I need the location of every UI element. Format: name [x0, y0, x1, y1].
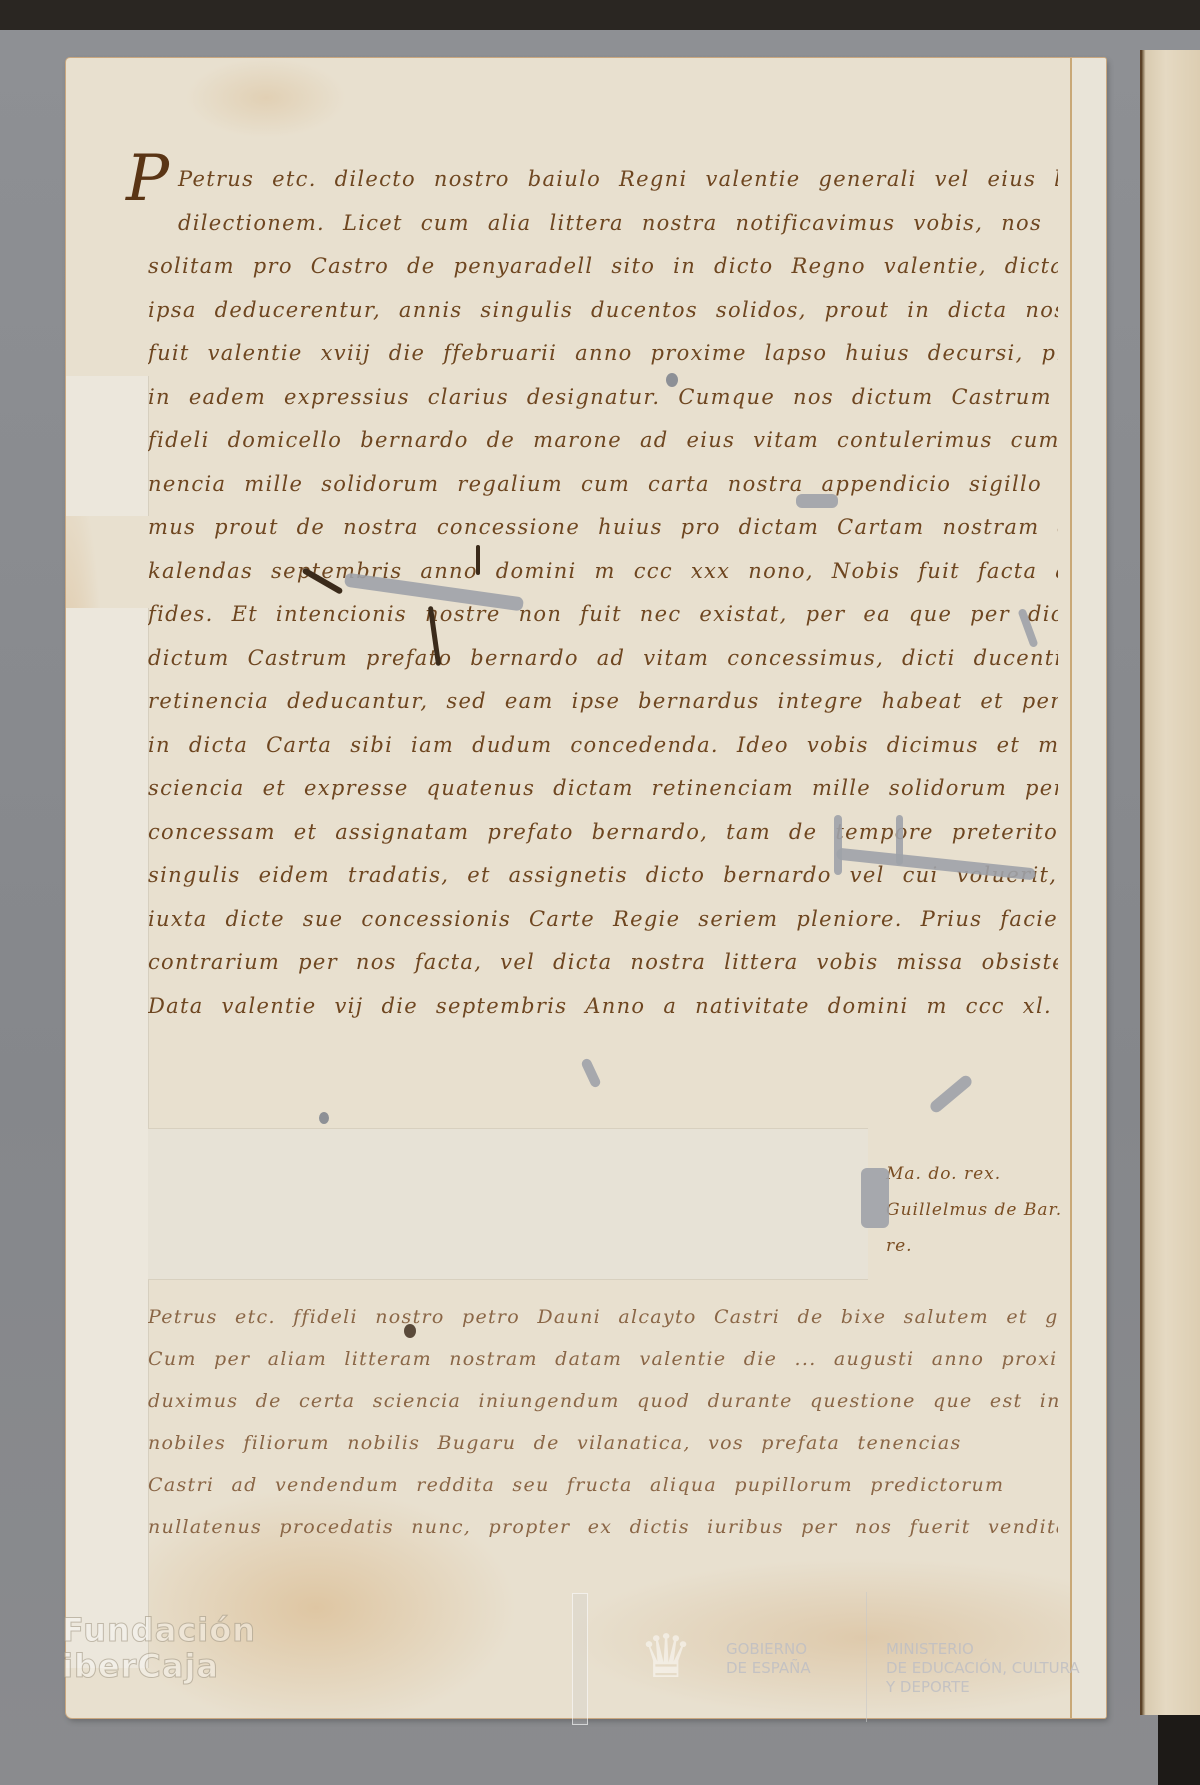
decorated-initial: P: [126, 142, 169, 216]
tissue-repair-mark: [928, 1073, 974, 1114]
tissue-repair-mark: [861, 1168, 889, 1228]
manuscript-line: kalendas septembris anno domini m ccc xx…: [148, 550, 1058, 594]
manuscript-folio: P Petrus etc. dilecto nostro baiulo Regn…: [66, 58, 1106, 1718]
watermark-text: DE EDUCACIÓN, CULTURA: [886, 1659, 1080, 1678]
manuscript-line: dilectionem. Licet cum alia littera nost…: [148, 202, 1058, 246]
manuscript-line: Data valentie vij die septembris Anno a …: [148, 985, 1058, 1029]
fundacion-ibercaja-watermark: Fundación iberCaja: [62, 1612, 256, 1684]
manuscript-line: mus prout de nostra concessione huius pr…: [148, 506, 1058, 550]
watermark-text: Y DEPORTE: [886, 1678, 1080, 1697]
manuscript-line: iuxta dicte sue concessionis Carte Regie…: [148, 898, 1058, 942]
watermark-text: DE ESPAÑA: [726, 1659, 811, 1678]
manuscript-line: concessam et assignatam prefato bernardo…: [148, 811, 1058, 855]
manuscript-line: retinencia deducantur, sed eam ipse bern…: [148, 680, 1058, 724]
coat-of-arms-icon: ♛: [622, 1612, 710, 1702]
paper-repair-patch: [66, 376, 149, 516]
tissue-repair-mark: [896, 815, 903, 865]
manuscript-line: nencia mille solidorum regalium cum cart…: [148, 463, 1058, 507]
tissue-repair-mark: [834, 815, 842, 875]
manuscript-line: Petrus etc. dilecto nostro baiulo Regni …: [148, 158, 1058, 202]
facing-page-edge: [1140, 50, 1200, 1715]
tissue-repair-mark: [580, 1057, 602, 1088]
ministerio-watermark: MINISTERIO DE EDUCACIÓN, CULTURA Y DEPOR…: [886, 1640, 1080, 1697]
worm-hole: [666, 373, 678, 387]
watermark-text: MINISTERIO: [886, 1640, 1080, 1659]
spain-flag-bar-icon: [572, 1593, 588, 1725]
second-letter-text: Petrus etc. ffideli nostro petro Dauni a…: [148, 1296, 1058, 1548]
manuscript-line: contrarium per nos facta, vel dicta nost…: [148, 941, 1058, 985]
ink-stroke-damage: [476, 545, 480, 575]
manuscript-line: nobiles filiorum nobilis Bugaru de vilan…: [148, 1422, 1058, 1464]
manuscript-line: in eadem expressius clarius designatur. …: [148, 376, 1058, 420]
signature-line: Ma. do. rex.: [886, 1156, 1086, 1192]
scanner-backdrop-corner: [1158, 1715, 1200, 1785]
blank-paper-band: [148, 1128, 868, 1280]
watermark-text: Fundación: [62, 1612, 256, 1648]
chancery-signature: Ma. do. rex. Guillelmus de Bar. re.: [886, 1156, 1086, 1264]
manuscript-line: Petrus etc. ffideli nostro petro Dauni a…: [148, 1296, 1058, 1338]
manuscript-line: in dicta Carta sibi iam dudum concedenda…: [148, 724, 1058, 768]
main-letter-text: P Petrus etc. dilecto nostro baiulo Regn…: [148, 158, 1058, 1028]
paper-repair-patch: [66, 608, 149, 1668]
folio-right-margin-strip: [1070, 58, 1106, 1718]
worm-hole: [319, 1112, 329, 1124]
watermark-text: GOBIERNO: [726, 1640, 811, 1659]
manuscript-line: duximus de certa sciencia iniungendum qu…: [148, 1380, 1058, 1422]
manuscript-line: nullatenus procedatis nunc, propter ex d…: [148, 1506, 1058, 1548]
manuscript-line: Cum per aliam litteram nostram datam val…: [148, 1338, 1058, 1380]
manuscript-line: dictum Castrum prefato bernardo ad vitam…: [148, 637, 1058, 681]
manuscript-line: solitam pro Castro de penyaradell sito i…: [148, 245, 1058, 289]
tissue-repair-mark: [796, 494, 838, 508]
manuscript-line: ipsa deducerentur, annis singulis ducent…: [148, 289, 1058, 333]
watermark-text: iberCaja: [62, 1648, 256, 1684]
manuscript-line: fides. Et intencionis nostre non fuit ne…: [148, 593, 1058, 637]
gobierno-espana-watermark: GOBIERNO DE ESPAÑA: [726, 1640, 811, 1678]
worm-hole: [404, 1324, 416, 1338]
signature-line: Guillelmus de Bar. re.: [886, 1192, 1086, 1264]
manuscript-line: sciencia et expresse quatenus dictam ret…: [148, 767, 1058, 811]
manuscript-line: fideli domicello bernardo de marone ad e…: [148, 419, 1058, 463]
watermark-divider: [866, 1592, 867, 1722]
manuscript-line: Castri ad vendendum reddita seu fructa a…: [148, 1464, 1058, 1506]
manuscript-line: fuit valentie xviij die ffebruarii anno …: [148, 332, 1058, 376]
